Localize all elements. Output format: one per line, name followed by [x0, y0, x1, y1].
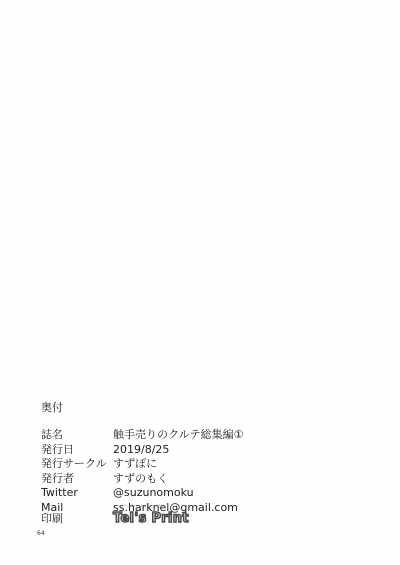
- colophon-row-publisher: 発行者 すずのもく: [41, 472, 244, 487]
- value-title: 触手売りのクルテ総集編①: [113, 428, 244, 443]
- label-circle: 発行サークル: [41, 457, 113, 472]
- colophon-row-printer: 印刷 ﾃﾙｽﾌﾟﾘﾝﾄ ｵﾝﾗｲﾝ入稿 同人誌印刷 Tel's Print: [41, 510, 189, 526]
- printer-logo-subtext: ﾃﾙｽﾌﾟﾘﾝﾄ ｵﾝﾗｲﾝ入稿 同人誌印刷: [117, 504, 164, 508]
- label-publisher: 発行者: [41, 472, 113, 487]
- value-date: 2019/8/25: [113, 443, 169, 458]
- colophon-row-title: 誌名 触手売りのクルテ総集編①: [41, 428, 244, 443]
- label-title: 誌名: [41, 428, 113, 443]
- printer-logo-text: Tel's Print: [113, 511, 189, 526]
- label-printer: 印刷: [41, 510, 113, 526]
- colophon-row-date: 発行日 2019/8/25: [41, 443, 244, 458]
- page-number: 64: [37, 530, 45, 537]
- colophon-row-twitter: Twitter @suzunomoku: [41, 486, 244, 501]
- colophon-table: 誌名 触手売りのクルテ総集編① 発行日 2019/8/25 発行サークル すずぽ…: [41, 428, 244, 515]
- colophon-heading: 奥付: [41, 401, 63, 415]
- colophon-row-circle: 発行サークル すずぽに: [41, 457, 244, 472]
- label-date: 発行日: [41, 443, 113, 458]
- book-colophon-page: 奥付 誌名 触手売りのクルテ総集編① 発行日 2019/8/25 発行サークル …: [0, 0, 400, 565]
- value-twitter: @suzunomoku: [113, 486, 194, 501]
- value-publisher: すずのもく: [113, 472, 168, 487]
- printer-logo: ﾃﾙｽﾌﾟﾘﾝﾄ ｵﾝﾗｲﾝ入稿 同人誌印刷 Tel's Print: [113, 511, 189, 526]
- value-circle: すずぽに: [113, 457, 157, 472]
- label-twitter: Twitter: [41, 486, 113, 501]
